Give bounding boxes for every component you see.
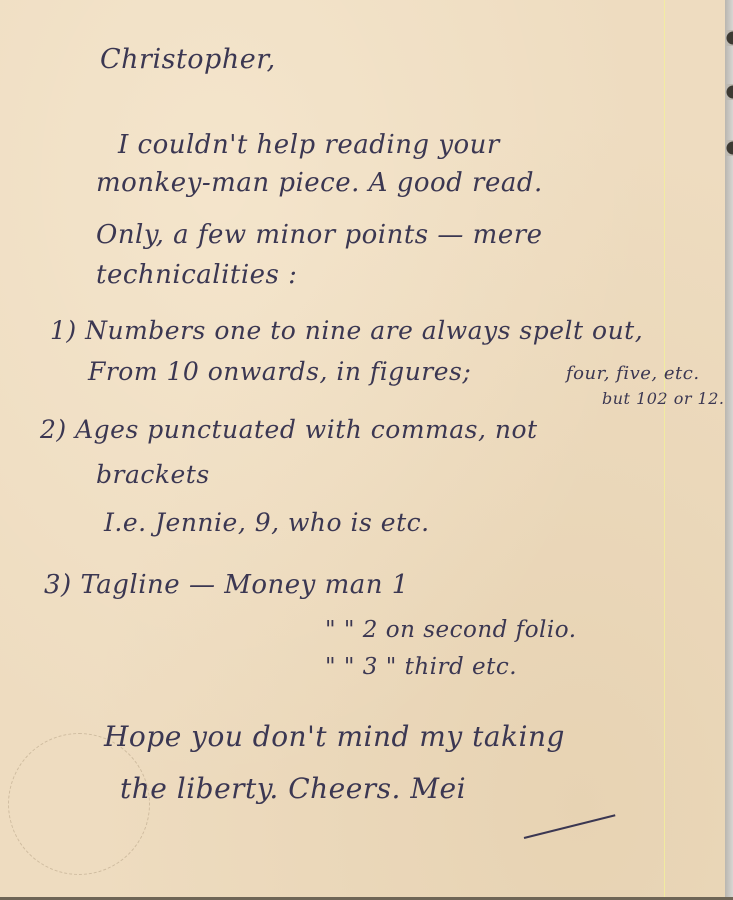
margin-note: but 102 or 12. [602, 389, 725, 408]
intro-line: technicalities : [96, 260, 297, 290]
closing-line: the liberty. Cheers. Mei [120, 772, 466, 805]
point-text: Numbers one to nine are always spelt out… [85, 316, 643, 345]
point-2-line: brackets [96, 460, 210, 489]
fold-line [664, 0, 665, 897]
margin-note: four, five, etc. [566, 363, 700, 384]
intro-line: I couldn't help reading your [118, 130, 500, 160]
binding-ring-icon [725, 140, 733, 156]
point-number: 3) [44, 570, 72, 600]
salutation: Christopher, [100, 44, 276, 75]
intro-line: Only, a few minor points — mere [96, 220, 543, 250]
binding-ring-icon [725, 30, 733, 46]
point-2-line: 2) Ages punctuated with commas, not [40, 415, 538, 444]
binding-ring-icon [725, 84, 733, 100]
point-1-line: 1) Numbers one to nine are always spelt … [50, 316, 643, 345]
point-text: Ages punctuated with commas, not [75, 415, 537, 444]
intro-line: monkey-man piece. A good read. [96, 168, 543, 198]
point-number: 2) [40, 415, 67, 444]
binding-strip [725, 0, 733, 900]
point-2-example: I.e. Jennie, 9, who is etc. [104, 508, 430, 537]
point-1-line: From 10 onwards, in figures; [88, 357, 471, 386]
point-3-line: " " 3 " third etc. [325, 654, 517, 680]
point-text: Tagline — Money man 1 [80, 570, 408, 600]
point-number: 1) [50, 316, 77, 345]
closing-line: Hope you don't mind my taking [104, 720, 565, 753]
point-3-line: " " 2 on second folio. [325, 617, 577, 643]
point-3-line: 3) Tagline — Money man 1 [44, 570, 409, 600]
